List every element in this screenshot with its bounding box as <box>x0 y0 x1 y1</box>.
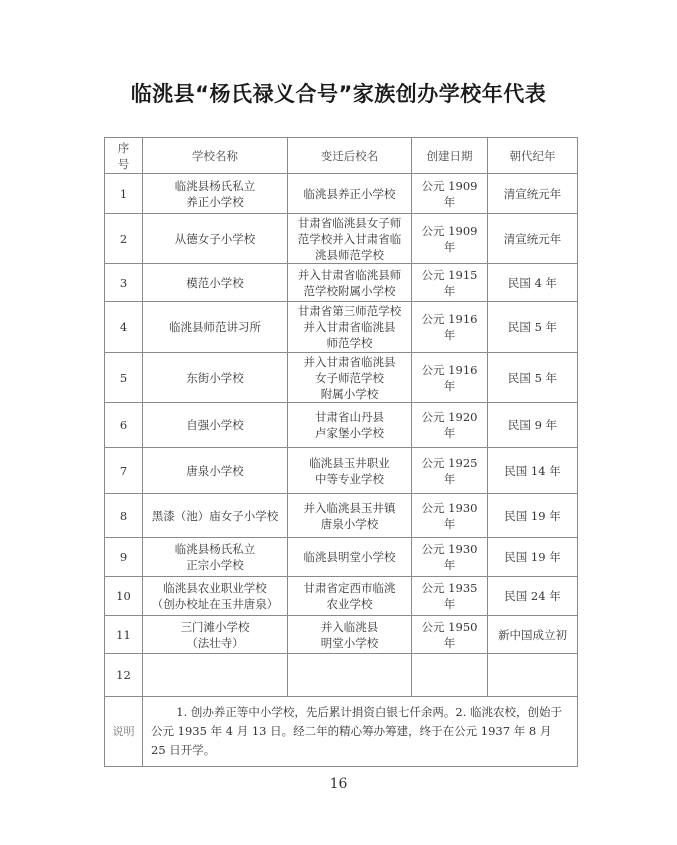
cell-school-name: 临洮县农业职业学校 （创办校址在玉井唐泉） <box>143 577 288 616</box>
cell-era: 民国 9 年 <box>488 403 578 448</box>
cell-new-name: 并入甘肃省临洮县师 范学校附属小学校 <box>288 264 412 302</box>
cell-line: 唐泉小学校 <box>290 516 409 532</box>
cell-line: 东街小学校 <box>145 370 285 386</box>
cell-school-name: 黑漆（池）庙女子小学校 <box>143 494 288 538</box>
cell-school-name <box>143 654 288 697</box>
table-row: 6 自强小学校 甘肃省山丹县 卢家堡小学校 公元 1920 年 民国 9 年 <box>105 403 578 448</box>
cell-school-name: 唐泉小学校 <box>143 448 288 494</box>
cell-line: 附属小学校 <box>290 386 409 402</box>
cell-line: 并入甘肃省临洮县 <box>290 354 409 370</box>
cell-line: 并入甘肃省临洮县师 <box>290 267 409 283</box>
cell-no: 4 <box>105 302 143 353</box>
page-number: 16 <box>0 776 677 792</box>
cell-school-name: 临洮县杨氏私立 养正小学校 <box>143 174 288 214</box>
cell-line: 正宗小学校 <box>145 557 285 573</box>
cell-founded-date: 公元 1930 年 <box>412 494 488 538</box>
cell-school-name: 东街小学校 <box>143 353 288 403</box>
header-no-line: 号 <box>107 156 140 172</box>
cell-line: （法壮寺） <box>145 635 285 651</box>
cell-new-name: 甘肃省临洮县女子师 范学校并入甘肃省临 洮县师范学校 <box>288 214 412 264</box>
table-row: 5 东街小学校 并入甘肃省临洮县 女子师范学校 附属小学校 公元 1916 年 … <box>105 353 578 403</box>
cell-no: 8 <box>105 494 143 538</box>
cell-line: 中等专业学校 <box>290 471 409 487</box>
cell-era: 清宣统元年 <box>488 174 578 214</box>
cell-no: 6 <box>105 403 143 448</box>
cell-era: 民国 14 年 <box>488 448 578 494</box>
notes-text: 1. 创办养正等中小学校，先后累计捐资白银七仟余两。2. 临洮农校，创始于公元 … <box>143 697 578 767</box>
cell-line: 范学校并入甘肃省临 <box>290 231 409 247</box>
cell-line: 甘肃省定西市临洮 <box>290 580 409 596</box>
cell-founded-date <box>412 654 488 697</box>
cell-line: 农业学校 <box>290 596 409 612</box>
cell-new-name <box>288 654 412 697</box>
cell-era: 民国 24 年 <box>488 577 578 616</box>
cell-founded-date: 公元 1935 年 <box>412 577 488 616</box>
cell-new-name: 临洮县明堂小学校 <box>288 538 412 577</box>
table-row: 3 模范小学校 并入甘肃省临洮县师 范学校附属小学校 公元 1915 年 民国 … <box>105 264 578 302</box>
cell-school-name: 模范小学校 <box>143 264 288 302</box>
table-row: 7 唐泉小学校 临洮县玉井职业 中等专业学校 公元 1925 年 民国 14 年 <box>105 448 578 494</box>
cell-line: 从德女子小学校 <box>145 231 285 247</box>
notes-label: 说明 <box>105 697 143 767</box>
cell-no: 3 <box>105 264 143 302</box>
cell-line: 师范学校 <box>290 335 409 351</box>
cell-school-name: 临洮县杨氏私立 正宗小学校 <box>143 538 288 577</box>
cell-line: 临洮县杨氏私立 <box>145 541 285 557</box>
cell-era <box>488 654 578 697</box>
cell-era: 民国 19 年 <box>488 538 578 577</box>
cell-founded-date: 公元 1920 年 <box>412 403 488 448</box>
cell-founded-date: 公元 1909 年 <box>412 214 488 264</box>
table-header-row: 序 号 学校名称 变迁后校名 创建日期 朝代纪年 <box>105 138 578 174</box>
cell-line: 临洮县玉井职业 <box>290 455 409 471</box>
cell-line: 临洮县农业职业学校 <box>145 580 285 596</box>
table-row: 1 临洮县杨氏私立 养正小学校 临洮县养正小学校 公元 1909 年 清宣统元年 <box>105 174 578 214</box>
cell-line: 黑漆（池）庙女子小学校 <box>145 508 285 524</box>
header-no: 序 号 <box>105 138 143 174</box>
cell-new-name: 临洮县玉井职业 中等专业学校 <box>288 448 412 494</box>
cell-line: （创办校址在玉井唐泉） <box>145 596 285 612</box>
cell-line: 模范小学校 <box>145 275 285 291</box>
table-row: 8 黑漆（池）庙女子小学校 并入临洮县玉井镇 唐泉小学校 公元 1930 年 民… <box>105 494 578 538</box>
cell-no: 10 <box>105 577 143 616</box>
cell-line: 范学校附属小学校 <box>290 283 409 299</box>
cell-founded-date: 公元 1930 年 <box>412 538 488 577</box>
cell-era: 民国 19 年 <box>488 494 578 538</box>
cell-line: 洮县师范学校 <box>290 247 409 263</box>
school-chronology-table: 序 号 学校名称 变迁后校名 创建日期 朝代纪年 1 临洮县杨氏私立 养正小学校… <box>104 137 578 767</box>
cell-line: 临洮县杨氏私立 <box>145 178 285 194</box>
header-new-name: 变迁后校名 <box>288 138 412 174</box>
notes-row: 说明 1. 创办养正等中小学校，先后累计捐资白银七仟余两。2. 临洮农校，创始于… <box>105 697 578 767</box>
cell-no: 2 <box>105 214 143 264</box>
cell-line: 甘肃省临洮县女子师 <box>290 215 409 231</box>
cell-era: 新中国成立初 <box>488 616 578 654</box>
cell-new-name: 临洮县养正小学校 <box>288 174 412 214</box>
table-row: 12 <box>105 654 578 697</box>
cell-line: 卢家堡小学校 <box>290 425 409 441</box>
cell-no: 1 <box>105 174 143 214</box>
cell-line: 并入甘肃省临洮县 <box>290 319 409 335</box>
table-row: 2 从德女子小学校 甘肃省临洮县女子师 范学校并入甘肃省临 洮县师范学校 公元 … <box>105 214 578 264</box>
cell-founded-date: 公元 1925 年 <box>412 448 488 494</box>
header-era: 朝代纪年 <box>488 138 578 174</box>
cell-new-name: 并入临洮县 明堂小学校 <box>288 616 412 654</box>
cell-line: 临洮县师范讲习所 <box>145 319 285 335</box>
header-school-name: 学校名称 <box>143 138 288 174</box>
table-row: 11 三门滩小学校 （法壮寺） 并入临洮县 明堂小学校 公元 1950 年 新中… <box>105 616 578 654</box>
cell-school-name: 临洮县师范讲习所 <box>143 302 288 353</box>
cell-no: 9 <box>105 538 143 577</box>
cell-founded-date: 公元 1950 年 <box>412 616 488 654</box>
cell-line: 三门滩小学校 <box>145 619 285 635</box>
page-title: 临洮县“杨氏禄义合号”家族创办学校年代表 <box>0 78 677 108</box>
header-no-line: 序 <box>107 140 140 156</box>
cell-line: 临洮县明堂小学校 <box>290 549 409 565</box>
header-founded-date: 创建日期 <box>412 138 488 174</box>
cell-era: 民国 4 年 <box>488 264 578 302</box>
cell-no: 7 <box>105 448 143 494</box>
cell-line: 明堂小学校 <box>290 635 409 651</box>
cell-line: 唐泉小学校 <box>145 463 285 479</box>
cell-school-name: 三门滩小学校 （法壮寺） <box>143 616 288 654</box>
table-row: 10 临洮县农业职业学校 （创办校址在玉井唐泉） 甘肃省定西市临洮 农业学校 公… <box>105 577 578 616</box>
cell-no: 12 <box>105 654 143 697</box>
cell-new-name: 甘肃省山丹县 卢家堡小学校 <box>288 403 412 448</box>
cell-founded-date: 公元 1916 年 <box>412 353 488 403</box>
cell-no: 11 <box>105 616 143 654</box>
cell-line: 自强小学校 <box>145 417 285 433</box>
table-row: 4 临洮县师范讲习所 甘肃省第三师范学校 并入甘肃省临洮县 师范学校 公元 19… <box>105 302 578 353</box>
cell-founded-date: 公元 1909 年 <box>412 174 488 214</box>
cell-era: 清宣统元年 <box>488 214 578 264</box>
cell-new-name: 并入临洮县玉井镇 唐泉小学校 <box>288 494 412 538</box>
cell-line: 甘肃省山丹县 <box>290 409 409 425</box>
cell-era: 民国 5 年 <box>488 302 578 353</box>
cell-line: 甘肃省第三师范学校 <box>290 303 409 319</box>
cell-founded-date: 公元 1916 年 <box>412 302 488 353</box>
cell-line: 养正小学校 <box>145 194 285 210</box>
cell-new-name: 并入甘肃省临洮县 女子师范学校 附属小学校 <box>288 353 412 403</box>
cell-era: 民国 5 年 <box>488 353 578 403</box>
table-row: 9 临洮县杨氏私立 正宗小学校 临洮县明堂小学校 公元 1930 年 民国 19… <box>105 538 578 577</box>
cell-line: 并入临洮县玉井镇 <box>290 500 409 516</box>
cell-line: 并入临洮县 <box>290 619 409 635</box>
cell-line: 临洮县养正小学校 <box>290 186 409 202</box>
cell-school-name: 自强小学校 <box>143 403 288 448</box>
cell-new-name: 甘肃省定西市临洮 农业学校 <box>288 577 412 616</box>
cell-new-name: 甘肃省第三师范学校 并入甘肃省临洮县 师范学校 <box>288 302 412 353</box>
cell-no: 5 <box>105 353 143 403</box>
cell-school-name: 从德女子小学校 <box>143 214 288 264</box>
cell-founded-date: 公元 1915 年 <box>412 264 488 302</box>
cell-line: 女子师范学校 <box>290 370 409 386</box>
